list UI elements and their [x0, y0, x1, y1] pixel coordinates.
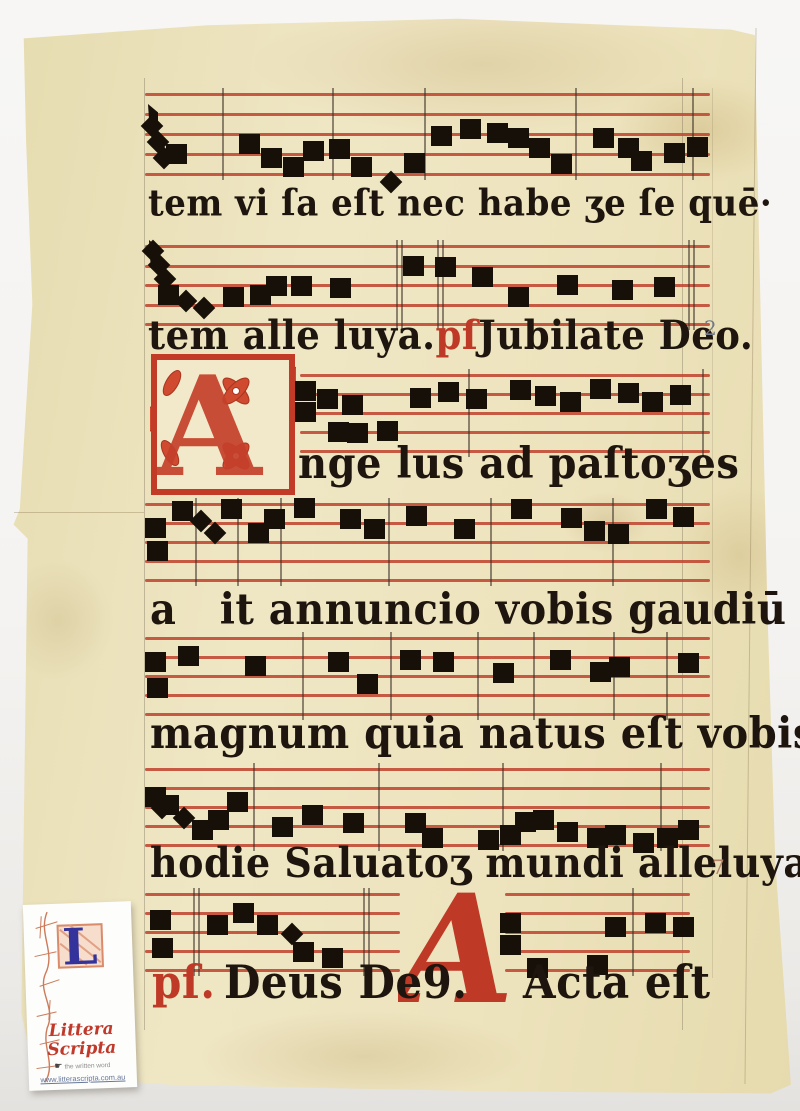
neume-square — [533, 810, 554, 830]
staff-barline — [195, 498, 197, 586]
chant-text: tem alle luya.pſJubilate Deo. — [148, 311, 753, 359]
staff-line — [145, 93, 710, 96]
staff-line — [145, 579, 710, 582]
neume-square — [303, 141, 324, 161]
folio-margin-number: 7 — [712, 855, 725, 879]
neume-square — [550, 650, 571, 670]
chant-text: nge lus ad paſtoʒes — [298, 438, 739, 489]
neume-square — [145, 518, 166, 538]
neume-square — [508, 287, 529, 307]
neume-square — [264, 509, 285, 529]
neume-square — [208, 810, 229, 830]
staff-barline — [692, 88, 694, 180]
neume-square — [500, 913, 521, 933]
chant-text-segment: tem alle luya. — [148, 311, 435, 359]
neume-square — [460, 119, 481, 139]
neume-square — [272, 817, 293, 837]
neume-square — [584, 521, 605, 541]
neume-square — [291, 276, 312, 296]
chant-text: tem vi ſa eſt nec habe ʒe ſe quē· — [148, 182, 772, 225]
seller-business-card: L Littera Scripta ☛the written word www.… — [23, 901, 137, 1091]
neume-square — [438, 382, 459, 402]
neume-square — [590, 379, 611, 399]
staff-barline — [388, 498, 390, 586]
neume-square — [302, 805, 323, 825]
staff-line — [145, 637, 710, 640]
neume-square — [295, 402, 316, 422]
staff-line — [145, 245, 710, 248]
neume-square — [172, 501, 193, 521]
chant-text-segment: a it annuncio vobis gaudiū — [150, 584, 786, 635]
neume-square — [329, 139, 350, 159]
neume-square — [343, 813, 364, 833]
neume-square — [454, 519, 475, 539]
neume-square — [612, 280, 633, 300]
neume-square — [221, 499, 242, 519]
staff-barline — [490, 498, 492, 586]
neume-square — [294, 498, 315, 518]
neume-square — [150, 910, 171, 930]
neume-square — [673, 507, 694, 527]
neume-square — [605, 917, 626, 937]
neume-square — [400, 650, 421, 670]
neume-square — [317, 389, 338, 409]
neume-square — [687, 137, 708, 157]
folio-margin-number: 2 — [704, 316, 717, 340]
chant-text-segment: nge lus ad paſtoʒes — [298, 438, 739, 489]
chant-text-segment: magnum quia natus eſt vobis — [150, 708, 800, 759]
svg-text:L: L — [61, 916, 98, 976]
staff-barline — [533, 632, 535, 720]
neume-square — [295, 381, 316, 401]
chant-text: pſ. — [152, 956, 216, 1009]
neume-square — [330, 278, 351, 298]
staff-barline — [666, 632, 668, 720]
staff-barline — [390, 632, 392, 720]
neume-square — [631, 151, 652, 171]
neume-square — [510, 380, 531, 400]
staff-line — [145, 560, 710, 563]
staff-line — [300, 374, 710, 377]
neume-square — [500, 935, 521, 955]
neume-square — [147, 541, 168, 561]
neume-square — [406, 506, 427, 526]
neume-square — [233, 903, 254, 923]
staff-line — [145, 265, 710, 268]
neume-square — [283, 157, 304, 177]
neume-square — [433, 652, 454, 672]
staff-line — [145, 113, 710, 116]
neume-square — [618, 383, 639, 403]
neume-square — [178, 646, 199, 666]
neume-square — [364, 519, 385, 539]
neume-square — [207, 915, 228, 935]
neume-square — [145, 652, 166, 672]
neume-square — [472, 267, 493, 287]
chant-text: a it annuncio vobis gaudiū — [150, 584, 786, 635]
staff-line — [145, 768, 710, 771]
chant-text: hodie Saluatoʒ mundi alleluya — [150, 838, 800, 887]
neume-square — [431, 126, 452, 146]
neume-square — [593, 128, 614, 148]
neume-square — [245, 656, 266, 676]
neume-square — [328, 652, 349, 672]
neume-square — [511, 499, 532, 519]
neume-square — [561, 508, 582, 528]
chant-text: Acta eſt — [523, 956, 711, 1009]
staff-line — [145, 950, 400, 953]
neume-square — [351, 157, 372, 177]
staff-line — [505, 950, 690, 953]
neume-square — [223, 287, 244, 307]
neume-square — [678, 820, 699, 840]
staff-line — [145, 787, 710, 790]
neume-square — [404, 153, 425, 173]
neume-square — [646, 499, 667, 519]
chant-text: Deus De9. — [224, 956, 467, 1009]
neume-square — [403, 256, 424, 276]
staff-line — [145, 694, 710, 697]
neume-square — [227, 792, 248, 812]
neume-square — [493, 663, 514, 683]
neume-square — [257, 915, 278, 935]
neume-square — [410, 388, 431, 408]
neume-square — [670, 385, 691, 405]
staff-barline — [477, 632, 479, 720]
chant-text-segment: tem vi ſa eſt nec habe ʒe ſe quē· — [148, 182, 772, 225]
neume-square — [239, 134, 260, 154]
neume-square — [551, 154, 572, 174]
neume-square — [654, 277, 675, 297]
neume-square — [357, 674, 378, 694]
neume-square — [261, 148, 282, 168]
staff-line — [145, 893, 400, 896]
neume-square — [645, 913, 666, 933]
neume-square — [678, 653, 699, 673]
staff-barline — [575, 88, 577, 180]
neume-square — [560, 392, 581, 412]
neume-square — [487, 123, 508, 143]
neume-square — [529, 138, 550, 158]
staff-line — [145, 133, 710, 136]
neume-square — [435, 257, 456, 277]
staff-barline — [302, 632, 304, 720]
neume-square — [673, 917, 694, 937]
staff-barline — [222, 88, 224, 180]
chant-text-segment: hodie Saluatoʒ mundi alleluya — [150, 838, 800, 887]
neume-square — [642, 392, 663, 412]
neume-square — [466, 389, 487, 409]
neume-square — [557, 275, 578, 295]
staff-line — [145, 173, 710, 176]
neume-square — [664, 143, 685, 163]
brand-name-line2: Scripta — [28, 1038, 137, 1060]
staff-barline — [332, 88, 334, 180]
chant-text: magnum quia natus eſt vobis — [150, 708, 800, 759]
neume-square — [608, 524, 629, 544]
pointing-hand-icon: ☛ — [54, 1061, 62, 1071]
staff-line — [505, 893, 690, 896]
neume-square — [535, 386, 556, 406]
neume-square — [590, 662, 611, 682]
neume-square — [147, 678, 168, 698]
neume-square — [508, 128, 529, 148]
neume-square — [266, 276, 287, 296]
neume-square — [342, 395, 363, 415]
neume-square — [609, 657, 630, 677]
neume-square — [152, 938, 173, 958]
neume-square — [340, 509, 361, 529]
chant-text-segment: pſ — [435, 311, 478, 359]
